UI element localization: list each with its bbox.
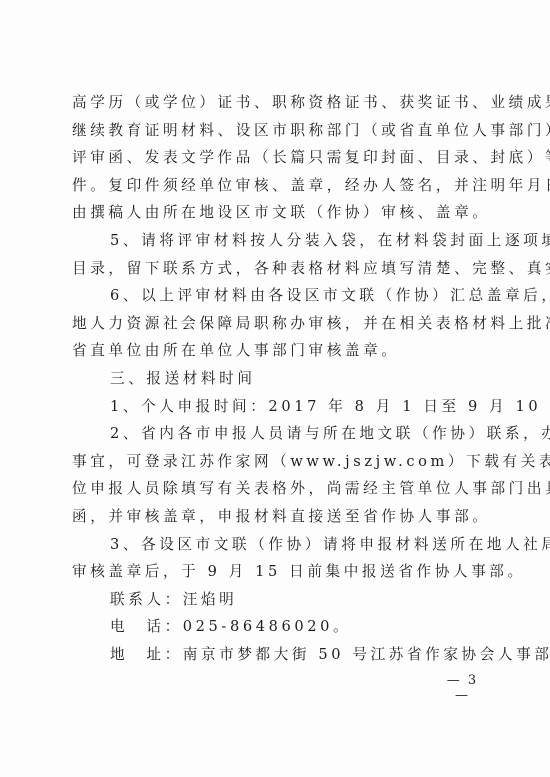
- text-line: 3、各设区市文联（作协）请将申报材料送所在地人社局职称办: [72, 531, 482, 559]
- text-line: 2、省内各市申报人员请与所在地文联（作协）联系，办理申报: [72, 420, 482, 448]
- contact-phone: 电 话：025-86486020。: [72, 613, 482, 641]
- text-line: 事宜，可登录江苏作家网（www.jszjw.com）下载有关表格；省直单: [72, 448, 482, 476]
- page-number: — 3 —: [440, 673, 485, 703]
- contact-person-label: 联系人：: [110, 591, 183, 608]
- text-line: 6、以上评审材料由各设区市文联（作协）汇总盖章后，经所在: [72, 282, 482, 310]
- text-line: 件。复印件须经单位审核、盖章，经办人签名，并注明年月日，自: [72, 172, 482, 200]
- text-line: 位申报人员除填写有关表格外，尚需经主管单位人事部门出具委托: [72, 475, 482, 503]
- text-line: 函，并审核盖章，申报材料直接送至省作协人事部。: [72, 503, 482, 531]
- contact-address: 地 址：南京市梦都大街 50 号江苏省作家协会人事部: [72, 641, 482, 669]
- text-line: 评审函、发表文学作品（长篇只需复印封面、目录、封底）等复印: [72, 144, 482, 172]
- document-body: 高学历（或学位）证书、职称资格证书、获奖证书、业绩成果证书、 继续教育证明材料、…: [72, 89, 482, 668]
- contact-phone-label: 电 话：: [110, 618, 183, 635]
- contact-person: 联系人：汪焰明: [72, 586, 482, 614]
- contact-person-value: 汪焰明: [183, 591, 238, 608]
- contact-phone-value: 025-86486020。: [183, 618, 351, 635]
- text-line: 1、个人申报时间：2017 年 8 月 1 日至 9 月 10 日。: [72, 393, 482, 421]
- text-line: 省直单位由所在单位人事部门审核盖章。: [72, 337, 482, 365]
- text-line: 高学历（或学位）证书、职称资格证书、获奖证书、业绩成果证书、: [72, 89, 482, 117]
- text-line: 地人力资源社会保障局职称办审核，并在相关表格材料上批准盖章，: [72, 310, 482, 338]
- text-line: 5、请将评审材料按人分装入袋，在材料袋封面上逐项填写材料: [72, 227, 482, 255]
- contact-address-label: 地 址：: [110, 646, 183, 663]
- contact-address-value: 南京市梦都大街 50 号江苏省作家协会人事部: [183, 646, 550, 663]
- text-line: 由撰稿人由所在地设区市文联（作协）审核、盖章。: [72, 199, 482, 227]
- section-heading: 三、报送材料时间: [72, 365, 482, 393]
- document-page: 高学历（或学位）证书、职称资格证书、获奖证书、业绩成果证书、 继续教育证明材料、…: [0, 0, 550, 777]
- text-line: 目录，留下联系方式，各种表格材料应填写清楚、完整、真实。: [72, 255, 482, 283]
- text-line: 继续教育证明材料、设区市职称部门（或省直单位人事部门）委托: [72, 117, 482, 145]
- text-line: 审核盖章后，于 9 月 15 日前集中报送省作协人事部。: [72, 558, 482, 586]
